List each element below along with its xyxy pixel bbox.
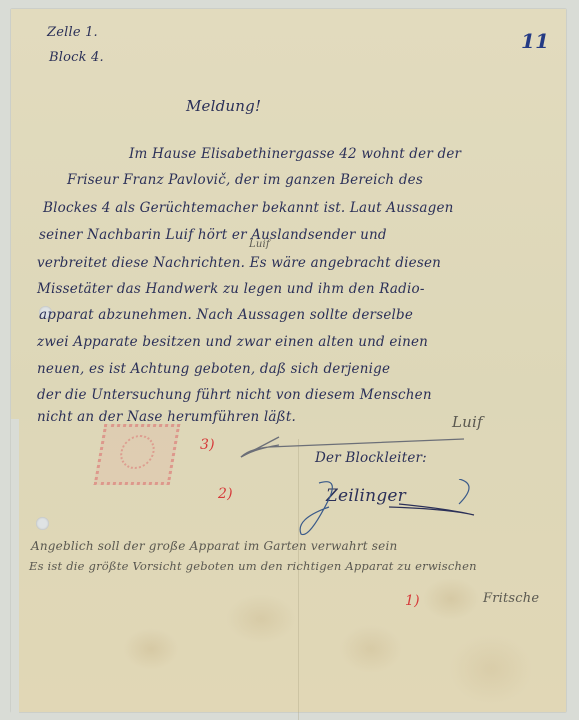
red-mark-3: 3) xyxy=(200,437,215,453)
body-line: nicht an der Nase herumführen läßt. xyxy=(37,409,296,425)
red-mark-2: 2) xyxy=(218,486,233,502)
document-title: Meldung! xyxy=(186,97,261,115)
body-line: zwei Apparate besitzen und zwar einen al… xyxy=(37,334,428,350)
torn-edge xyxy=(11,419,19,720)
body-line: verbreitet diese Nachrichten. Es wäre an… xyxy=(37,255,441,271)
red-mark-1: 1) xyxy=(405,593,420,609)
page-number: 11 xyxy=(521,29,549,53)
margin-note: Luif xyxy=(452,413,483,431)
body-line: Friseur Franz Pavlovič, der im ganzen Be… xyxy=(67,172,423,188)
body-line: apparat abzunehmen. Nach Aussagen sollte… xyxy=(39,307,413,323)
document-page: Zelle 1. Block 4. 11 Meldung! Im Hause E… xyxy=(11,9,566,712)
pencil-signature: Fritsche xyxy=(483,591,539,606)
header-block: Block 4. xyxy=(49,50,104,65)
body-line: neuen, es ist Achtung geboten, daß sich … xyxy=(37,361,390,377)
body-line: Blockes 4 als Gerüchtemacher bekannt ist… xyxy=(43,200,454,216)
body-line: Im Hause Elisabethinergasse 42 wohnt der… xyxy=(129,146,461,162)
interlinear-note: Luif xyxy=(249,239,270,250)
header-cell: Zelle 1. xyxy=(47,25,98,40)
punch-hole xyxy=(36,517,49,530)
closing-label: Der Blockleiter: xyxy=(315,450,427,466)
body-line: seiner Nachbarin Luif hört er Auslandsen… xyxy=(39,227,387,243)
pencil-note-line: Angeblich soll der große Apparat im Gart… xyxy=(31,539,397,553)
red-stamp xyxy=(94,424,181,485)
body-line: Missetäter das Handwerk zu legen und ihm… xyxy=(37,281,425,297)
body-line: der die Untersuchung führt nicht von die… xyxy=(37,387,432,403)
pencil-note-line: Es ist die größte Vorsicht geboten um de… xyxy=(29,559,477,573)
